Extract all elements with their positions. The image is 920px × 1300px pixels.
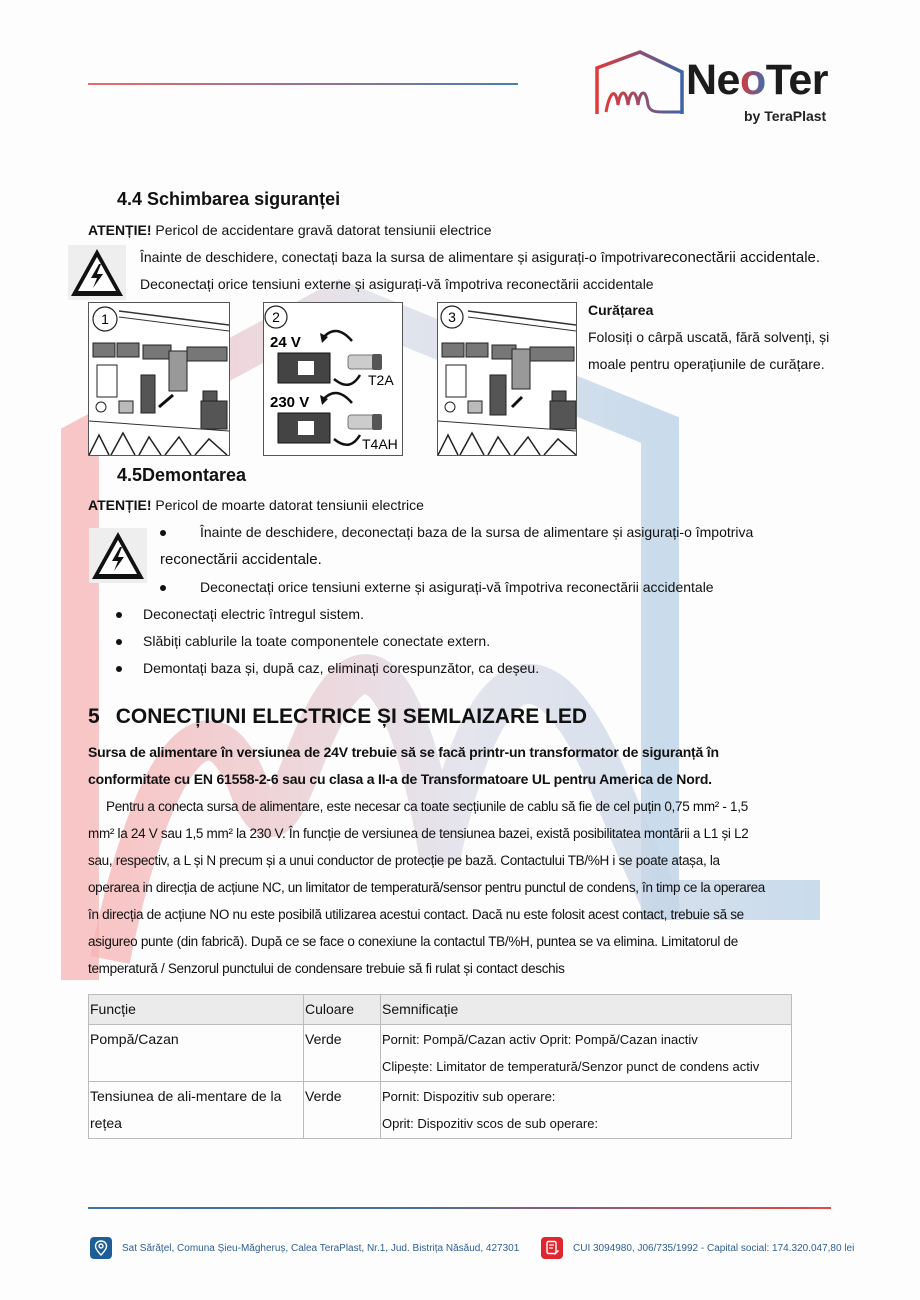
paragraph-line: în direcția de acțiune NO nu este posibi… — [88, 901, 765, 928]
paragraph-line: asigureo punte (din fabrică). După ce se… — [88, 928, 765, 955]
figure-step-2: 2 24 V T2A 230 V T4AH — [263, 302, 403, 456]
table-header-cell: Semnificație — [381, 995, 792, 1025]
bullet-icon — [116, 666, 122, 672]
figure-step-3: 3 — [437, 302, 577, 456]
footer-company: CUI 3094980, J06/735/1992 - Capital soci… — [541, 1237, 854, 1259]
safety-note-line: Sursa de alimentare în versiunea de 24V … — [88, 739, 719, 766]
meaning-cell: Pornit: Dispozitiv sub operare:Oprit: Di… — [381, 1082, 792, 1139]
fuse-rating-230v: T4AH — [362, 436, 398, 452]
table-header-cell: Culoare — [304, 995, 381, 1025]
warning-bullet: Deconectați orice tensiuni externe și as… — [160, 574, 714, 601]
cleaning-block: Curățarea Folosiți o cârpă uscată, fără … — [588, 297, 829, 378]
brand-logo: NeoTer by TeraPlast — [594, 50, 839, 125]
warning-bullet-continuation: reconectării accidentale. — [160, 546, 322, 573]
bullet-icon — [160, 530, 166, 536]
warning-text-line: Deconectați orice tensiuni externe și as… — [140, 271, 654, 298]
cleaning-title: Curățarea — [588, 297, 829, 324]
bullet-icon — [116, 612, 122, 618]
circuit-board-illustration: 1 — [89, 303, 229, 455]
section-5-title: 5CONECȚIUNI ELECTRICE ȘI SEMLAIZARE LED — [88, 705, 587, 729]
table-header-cell: Funcție — [89, 995, 304, 1025]
function-cell: Pompă/Cazan — [89, 1025, 304, 1082]
cleaning-text-line: moale pentru operațiunile de curățare. — [588, 351, 829, 378]
location-pin-icon — [90, 1237, 112, 1259]
paragraph-line: sau, respectiv, a L și N precum și a unu… — [88, 847, 765, 874]
table-row: Pompă/Cazan Verde Pornit: Pompă/Cazan ac… — [89, 1025, 792, 1082]
step-number: 1 — [101, 311, 109, 327]
cleaning-text-line: Folosiți o cârpă uscată, fără solvenți, … — [588, 324, 829, 351]
svg-text:2: 2 — [272, 309, 280, 325]
list-item: Demontați baza și, după caz, eliminați c… — [116, 655, 539, 682]
table-row: Tensiunea de ali-mentare de larețea Verd… — [89, 1082, 792, 1139]
house-logo-icon — [594, 50, 686, 118]
table-header-row: Funcție Culoare Semnificație — [89, 995, 792, 1025]
warning-text-line: Înainte de deschidere, conectați baza la… — [140, 244, 820, 271]
list-item: Deconectați electric întregul sistem. — [116, 601, 539, 628]
warning-bullet: Înainte de deschidere, deconectați baza … — [160, 519, 753, 546]
circuit-board-illustration: 3 — [438, 303, 576, 455]
svg-text:3: 3 — [448, 309, 456, 325]
warning-label: ATENȚIE! — [88, 222, 152, 238]
led-signal-table: Funcție Culoare Semnificație Pompă/Cazan… — [88, 994, 792, 1139]
fuse-rating-24v: T2A — [368, 372, 394, 388]
fuse-replacement-illustration: 2 24 V T2A 230 V T4AH — [264, 303, 402, 455]
paragraph-line: Pentru a conecta sursa de alimentare, es… — [88, 793, 765, 820]
warning-line-4-4: ATENȚIE! Pericol de accidentare gravă da… — [88, 217, 492, 244]
document-edit-icon — [541, 1237, 563, 1259]
color-cell: Verde — [304, 1082, 381, 1139]
footer-rule — [88, 1207, 831, 1209]
color-cell: Verde — [304, 1025, 381, 1082]
footer-address: Sat Sărățel, Comuna Șieu-Măgheruș, Calea… — [90, 1237, 519, 1259]
section-4-4-title: 4.4 Schimbarea siguranței — [117, 189, 340, 210]
header-rule — [88, 83, 518, 85]
paragraph-line: temperatură / Senzorul punctului de cond… — [88, 955, 765, 982]
label-230v: 230 V — [270, 394, 309, 411]
function-cell: Tensiunea de ali-mentare de larețea — [89, 1082, 304, 1139]
safety-note: Sursa de alimentare în versiunea de 24V … — [88, 739, 719, 793]
paragraph-line: mm² la 24 V sau 1,5 mm² la 230 V. În fun… — [88, 820, 765, 847]
high-voltage-warning-icon — [89, 528, 147, 583]
high-voltage-warning-icon — [68, 245, 126, 300]
warning-label: ATENȚIE! — [88, 497, 152, 513]
warning-line-4-5: ATENȚIE! Pericol de moarte datorat tensi… — [88, 492, 424, 519]
figure-step-1: 1 — [88, 302, 230, 456]
label-24v: 24 V — [270, 334, 301, 351]
brand-name: NeoTer — [686, 56, 828, 105]
meaning-cell: Pornit: Pompă/Cazan activ Oprit: Pompă/C… — [381, 1025, 792, 1082]
bullet-icon — [116, 639, 122, 645]
brand-subtitle: by TeraPlast — [744, 108, 826, 124]
bullet-icon — [160, 585, 166, 591]
paragraph-line: operarea in direcția de acțiune NC, un l… — [88, 874, 765, 901]
section-4-5-title: 4.5Demontarea — [117, 465, 246, 486]
removal-steps-list: Deconectați electric întregul sistem. Sl… — [116, 601, 539, 682]
safety-note-line: conformitate cu EN 61558-2-6 sau cu clas… — [88, 766, 719, 793]
connection-paragraph: Pentru a conecta sursa de alimentare, es… — [88, 793, 765, 982]
list-item: Slăbiți cablurile la toate componentele … — [116, 628, 539, 655]
